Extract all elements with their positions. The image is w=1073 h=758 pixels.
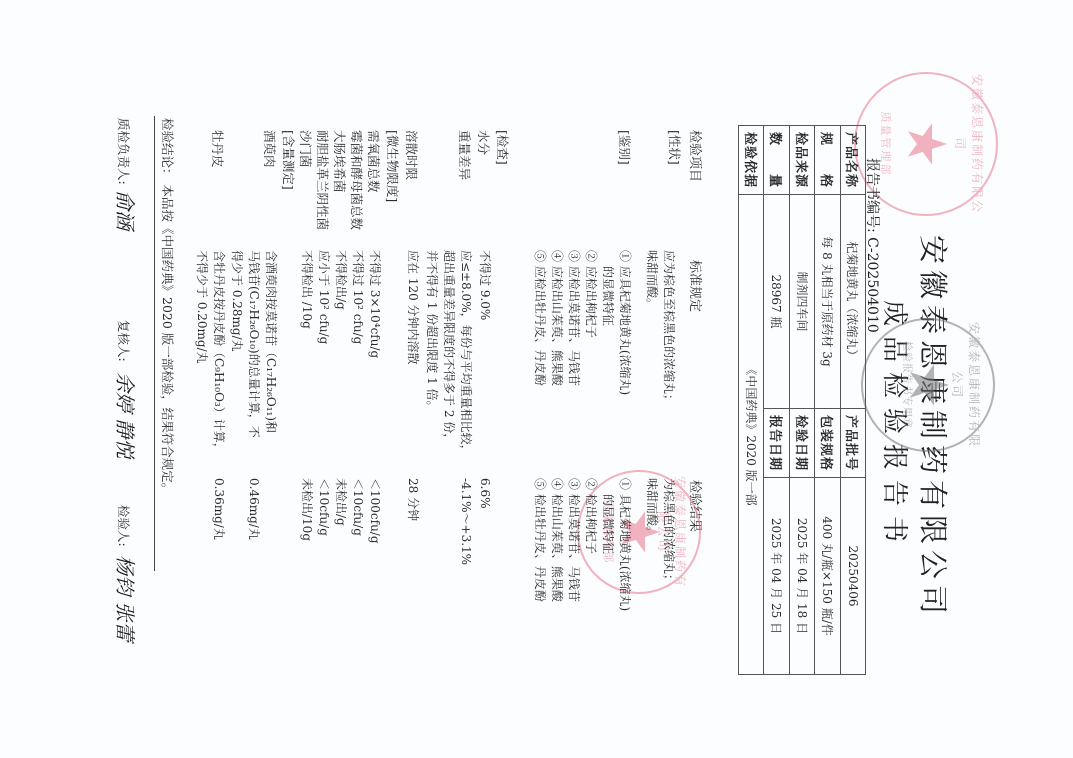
std-line: 不得少于 0.20mg/丸 [193,250,210,455]
weight-variation-result: -4.1%～+3.1% [457,478,474,565]
item-moisture: 水分 [475,130,493,155]
std-line: ② 应检出枸杞子 [582,250,599,395]
item-mold-yeast: 霉菌和酵母菌总数 [348,130,366,230]
value-product-name: 杞菊地黄丸（浓缩丸） [840,195,865,409]
identification-standard: ① 应具杞菊地黄丸(浓缩丸) 的显微特征 ② 应检出枸杞子 ③ 应检出莫诺苷、马… [531,250,633,395]
qa-manager-signature: 俞涵 [112,190,141,230]
res-line: ④ 检出山茱萸、熊果酸 [548,478,565,611]
report-number: 报告书编号: C-202504010 [863,158,883,333]
moisture-standard: 不得过 9.0% [476,250,493,320]
conclusion-label: 检验结论： [160,118,175,181]
value-inspection-basis: 《中国药典》2020 版一部 [739,195,764,675]
inspector-label: 检验人: [115,505,133,547]
moisture-result: 6.6% [476,478,493,509]
inspection-conclusion: 检验结论： 本品按《中国药典》2020 版一部检验，结果符合规定。 [159,118,177,495]
std-line: 马钱苷(C₁₇H₂₆O₁₀)的总量计算，不 [245,250,262,438]
section-character-title: [性状] [665,130,683,165]
table-row: 规 格 每 8 丸相当于原药材 3g 包装规格 400 丸/瓶×150 瓶/件 [815,126,840,675]
report-number-label: 报告书编号: [864,158,880,233]
star-icon: ★ [899,120,953,168]
e-coli-result: 未检出/g [332,478,349,526]
value-inspection-date: 2025 年 04 月 18 日 [789,478,814,675]
aerobic-count-standard: 不得过 3×10⁴cfu/g [366,250,383,358]
table-row: 检验依据 《中国药典》2020 版一部 [739,126,764,675]
seal-arc-text: 安徽泰恩康制药有限公司 [952,74,986,214]
item-aerobic-count: 需氧菌总数 [365,130,383,193]
aerobic-count-result: ＜100cfu/g [366,478,383,544]
label-inspection-basis: 检验依据 [739,126,764,195]
column-header-item: 检验项目 [687,130,706,182]
label-product-name: 产品名称 [840,126,865,195]
inspector-signature: 杨钧 张蕾 [112,555,141,641]
label-spec: 规 格 [815,126,840,195]
item-salmonella: 沙门菌 [297,130,315,168]
seal-center-text: 检验报告书专用章 [901,320,916,450]
bile-tolerant-result: ＜10cfu/g [315,478,332,536]
label-batch-no: 产品批号 [840,409,865,478]
std-line: ⑤ 应检出牡丹皮、丹皮酚 [531,250,548,395]
report-number-value: C-202504010 [864,237,880,333]
weight-variation-standard: 应≤±8.0%，每份与平均重量相比较， 超出重量差异限度的不得多于 2 份， 并… [423,250,474,457]
label-package-spec: 包装规格 [815,409,840,478]
cornus-standard: 含酒萸肉按莫诺苷（C₁₇H₂₆O₁₁)和 马钱苷(C₁₇H₂₆O₁₀)的总量计算… [228,250,279,438]
moutan-result: 0.36mg/丸 [210,478,227,540]
section-inspection-title: [检查] [493,130,511,165]
value-sample-source: 制剂四车间 [789,195,814,409]
value-report-date: 2025 年 04 月 25 日 [764,478,789,675]
salmonella-result: 未检出/10g [298,478,315,541]
std-line: 应≤±8.0%，每份与平均重量相比较， [457,250,474,457]
label-inspection-date: 检验日期 [789,409,814,478]
label-quantity: 数 量 [764,126,789,195]
seal-arc-text: 安徽泰恩康制药有限公司 [949,320,983,450]
report-seal-stamp: 安徽泰恩康制药有限公司 ★ 检验报告书专用章 [861,318,995,452]
res-line: 为棕黑色的浓缩丸； [660,478,677,586]
section-assay-title: [含量测定] [279,130,297,190]
res-line: 的显微特征 [599,478,616,611]
mold-yeast-result: ＜10cfu/g [349,478,366,536]
item-disintegration: 溶散时限 [403,130,421,180]
character-result: 为棕黑色的浓缩丸； 味甜而酸。 [643,478,677,586]
character-standard: 应为棕色至棕黑色的浓缩丸； 味甜而酸。 [643,250,677,406]
table-row: 检品来源 制剂四车间 检验日期 2025 年 04 月 18 日 [789,126,814,675]
value-package-spec: 400 丸/瓶×150 瓶/件 [815,478,840,675]
std-line: ④ 应检出山茱萸、熊果酸 [548,250,565,395]
inspection-report-page: 安徽泰恩康制药有限公司 ★ 质量管理部 安徽泰恩康制药有限公司 成品检验报告书 … [0,0,1073,758]
product-info-table: 产品名称 杞菊地黄丸（浓缩丸） 产品批号 20250406 规 格 每 8 丸相… [738,125,866,675]
std-line: 味甜而酸。 [643,250,660,406]
res-line: ③ 检出莫诺苷、马钱苷 [565,478,582,611]
std-line: ③ 应检出莫诺苷、马钱苷 [565,250,582,395]
reviewer-signature: 余婷 静悦 [112,372,141,458]
table-row: 数 量 28967 瓶 报告日期 2025 年 04 月 25 日 [764,126,789,675]
e-coli-standard: 不得检出/g [332,250,349,310]
disintegration-result: 28 分钟 [404,478,421,521]
qa-manager-label: 质检负责人: [115,118,133,185]
res-line: ① 具杞菊地黄丸(浓缩丸) [616,478,633,611]
std-line: ① 应具杞菊地黄丸(浓缩丸) [616,250,633,395]
disintegration-standard: 应在 120 分钟内溶散 [404,250,421,365]
item-moutan: 牡丹皮 [209,130,227,168]
column-header-standard: 标准规定 [687,260,706,312]
section-identification-title: [鉴别] [615,130,633,165]
divider-line [154,116,155,571]
conclusion-text: 本品按《中国药典》2020 版一部检验，结果符合规定。 [160,185,175,496]
std-line: 含酒萸肉按莫诺苷（C₁₇H₂₆O₁₁)和 [262,250,279,438]
item-bile-tolerant: 耐胆盐革兰阴性菌 [314,130,332,230]
item-weight-variation: 重量差异 [456,130,474,180]
res-line: ⑤ 检出牡丹皮、丹皮酚 [531,478,548,611]
salmonella-standard: 不得检出 /10g [298,250,315,329]
table-row: 产品名称 杞菊地黄丸（浓缩丸） 产品批号 20250406 [840,126,865,675]
label-report-date: 报告日期 [764,409,789,478]
std-line: 应为棕色至棕黑色的浓缩丸； [660,250,677,406]
mold-yeast-standard: 不得过 10² cfu/g [349,250,366,344]
reviewer-label: 复核人: [115,320,133,362]
identification-result: ① 具杞菊地黄丸(浓缩丸) 的显微特征 ② 检出枸杞子 ③ 检出莫诺苷、马钱苷 … [531,478,633,611]
value-quantity: 28967 瓶 [764,195,789,409]
std-line: 含牡丹皮按丹皮酚（C₉H₁₀O₃）计算， [210,250,227,455]
res-line: ② 检出枸杞子 [582,478,599,611]
moutan-standard: 含牡丹皮按丹皮酚（C₉H₁₀O₃）计算， 不得少于 0.20mg/丸 [193,250,227,455]
label-sample-source: 检品来源 [789,126,814,195]
res-line: 味甜而酸。 [643,478,660,586]
section-microbial-title: [微生物限度] [383,130,401,202]
cornus-result: 0.46mg/丸 [245,478,262,540]
value-batch-no: 20250406 [840,478,865,675]
item-cornus: 酒萸肉 [261,130,279,168]
std-line: 并不得有 1 份超出限度 1 倍。 [423,250,440,457]
std-line: 的显微特征 [599,250,616,395]
std-line: 得少于 0.28mg/丸 [228,250,245,438]
bile-tolerant-standard: 应小于 10² cfu/g [315,250,332,344]
value-spec: 每 8 丸相当于原药材 3g [815,195,840,409]
item-e-coli: 大肠埃希菌 [331,130,349,193]
std-line: 超出重量差异限度的不得多于 2 份， [440,250,457,457]
